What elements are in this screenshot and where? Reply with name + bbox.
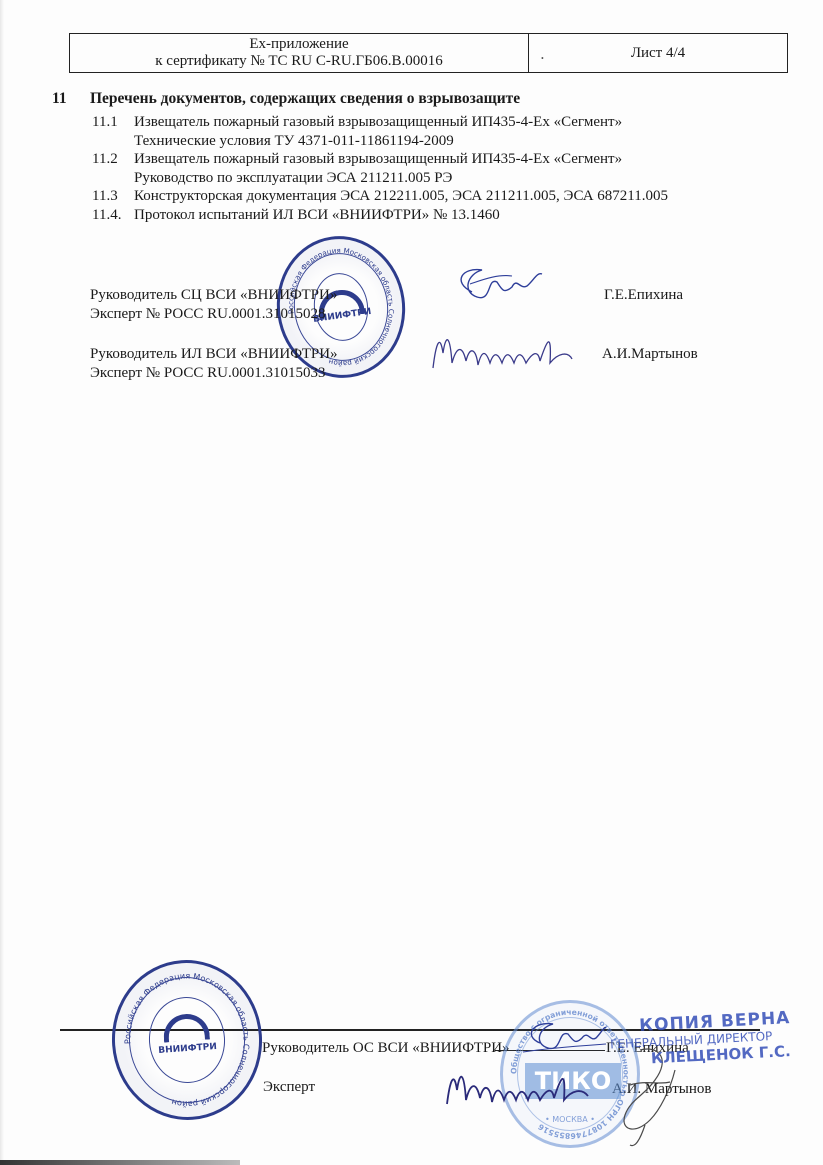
section-heading: Перечень документов, содержащих сведения…: [90, 90, 520, 107]
signer-expert-number: Эксперт № РОСС RU.0001.31015028: [90, 305, 337, 324]
item-number: 11.2: [92, 150, 134, 169]
item-number: 11.1: [92, 113, 134, 132]
item-text: Протокол испытаний ИЛ ВСИ «ВНИИФТРИ» № 1…: [134, 207, 500, 223]
item-number: 11.4.: [92, 206, 134, 225]
header-title-line1: Ex-приложение: [70, 36, 528, 53]
section-title: 11Перечень документов, содержащих сведен…: [52, 90, 520, 108]
signature-block-il: Руководитель ИЛ ВСИ «ВНИИФТРИ» Эксперт №…: [90, 345, 338, 383]
signer-role: Руководитель СЦ ВСИ «ВНИИФТРИ»: [90, 286, 337, 305]
signer-role: Руководитель ИЛ ВСИ «ВНИИФТРИ»: [90, 345, 338, 364]
list-item: 11.3Конструкторская документация ЭСА 212…: [92, 187, 668, 206]
page-edge: [0, 0, 4, 1165]
item-subtext: Руководство по эксплуатации ЭСА 211211.0…: [92, 169, 668, 188]
item-text: Конструкторская документация ЭСА 212211.…: [134, 188, 668, 204]
list-item: 11.2Извещатель пожарный газовый взрывоза…: [92, 150, 668, 187]
item-text: Извещатель пожарный газовый взрывозащище…: [134, 151, 622, 167]
signer-name: Г.Е.Епихина: [604, 287, 683, 304]
seal-logo-text: ВНИИФТРИ: [158, 1042, 217, 1056]
header-table: Ex-приложение к сертификату № ТС RU C-RU…: [69, 33, 788, 73]
signer-role-expert: Эксперт: [263, 1079, 315, 1096]
sheet-number: Лист 4/4: [631, 45, 685, 62]
seal-arc-logo-icon: [162, 1012, 210, 1042]
signer-name: А.И.Мартынов: [602, 346, 698, 363]
list-item: 11.4.Протокол испытаний ИЛ ВСИ «ВНИИФТРИ…: [92, 206, 668, 225]
scan-edge-shadow: [0, 1160, 240, 1165]
item-number: 11.3: [92, 187, 134, 206]
stray-mark: •: [541, 54, 544, 63]
copy-certified-stamp: КОПИЯ ВЕРНА ГЕНЕРАЛЬНЫЙ ДИРЕКТОР КЛЕЩЕНО…: [639, 1008, 793, 1068]
handwritten-signature-epikhina-bottom: [518, 1018, 608, 1058]
signer-expert-number: Эксперт № РОСС RU.0001.31015033: [90, 364, 338, 383]
item-subtext: Технические условия ТУ 4371-011-11861194…: [92, 132, 668, 151]
header-sheet-cell: • Лист 4/4: [529, 34, 787, 72]
header-title-cell: Ex-приложение к сертификату № ТС RU C-RU…: [70, 34, 529, 72]
vniiftri-seal-stamp-bottom: Российская Федерация Московская область …: [107, 955, 268, 1125]
handwritten-signature-epikhina: [442, 262, 552, 312]
handwritten-signature-martynov: [428, 323, 588, 383]
document-list: 11.1Извещатель пожарный газовый взрывоза…: [92, 113, 668, 224]
signature-block-sc: Руководитель СЦ ВСИ «ВНИИФТРИ» Эксперт №…: [90, 286, 337, 324]
handwritten-signature-martynov-bottom: [442, 1062, 612, 1122]
list-item: 11.1Извещатель пожарный газовый взрывоза…: [92, 113, 668, 150]
signer-role-os: Руководитель ОС ВСИ «ВНИИФТРИ»: [262, 1040, 510, 1057]
header-title-line2: к сертификату № ТС RU C-RU.ГБ06.В.00016: [70, 53, 528, 70]
section-number: 11: [52, 90, 90, 108]
item-text: Извещатель пожарный газовый взрывозащище…: [134, 114, 622, 130]
